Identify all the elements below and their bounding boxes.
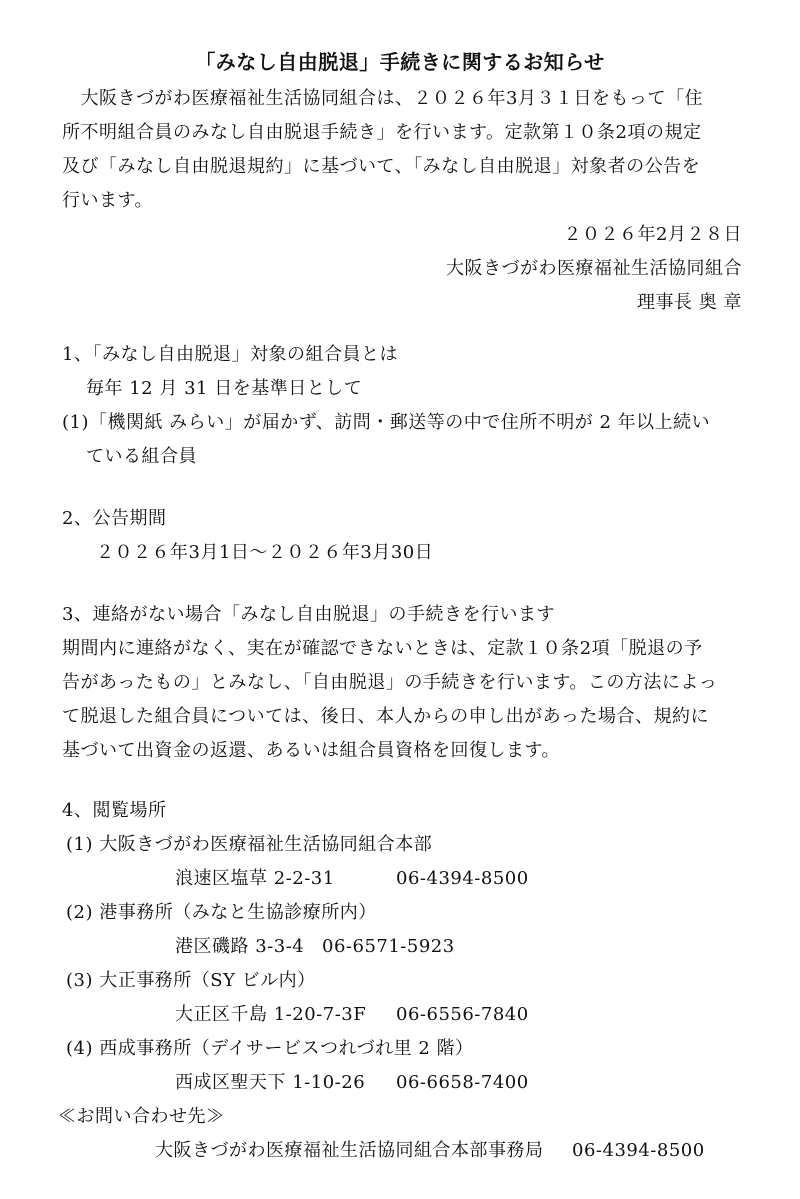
section-1-item-1: (1)「機関紙 みらい」が届かず、訪問・郵送等の中で住所不明が 2 年以上続い: [62, 411, 710, 435]
section-3-line: 期間内に連絡がなく、実在が確認できないときは、定款１０条2項「脱退の予: [62, 637, 703, 661]
contact-name: 大阪きづがわ医療福祉生活協同組合本部事務局: [155, 1139, 544, 1163]
intro-line: 大阪きづがわ医療福祉生活協同組合は、２０２６年3月３１日をもって「住: [62, 87, 703, 111]
contact-heading: ≪お問い合わせ先≫: [58, 1105, 225, 1129]
location-address: 港区磯路 3-3-4: [175, 935, 304, 959]
section-2-heading: 2、公告期間: [62, 507, 166, 531]
section-3-line: 基づいて出資金の返還、あるいは組合員資格を回復します。: [62, 739, 560, 763]
section-3-line: 告があったもの」とみなし、「自由脱退」の手続きを行います。この方法によっ: [62, 671, 717, 695]
signer-name: 理事長 奥 章: [637, 291, 742, 315]
contact-phone: 06-4394-8500: [572, 1139, 705, 1163]
notice-period: ２０２６年3月1日～２０２６年3月30日: [96, 541, 433, 565]
document-title: 「みなし自由脱退」手続きに関するお知らせ: [0, 50, 800, 74]
location-label: (1) 大阪きづがわ医療福祉生活協同組合本部: [66, 833, 432, 857]
location-phone: 06-6658-7400: [396, 1071, 529, 1095]
section-3-line: て脱退した組合員については、後日、本人からの申し出があった場合、規約に: [62, 705, 709, 729]
section-4-heading: 4、閲覧場所: [62, 799, 166, 823]
section-3-heading: 3、連絡がない場合「みなし自由脱退」の手続きを行います: [62, 603, 555, 627]
location-label: (2) 港事務所（みなと生協診療所内）: [66, 901, 377, 925]
issue-date: ２０２６年2月２８日: [564, 223, 742, 247]
section-1-heading: 1、「みなし自由脱退」対象の組合員とは: [62, 343, 398, 367]
location-phone: 06-4394-8500: [396, 867, 529, 891]
location-label: (4) 西成事務所（デイサービスつれづれ里 2 階）: [66, 1037, 474, 1061]
section-1-basis: 毎年 12 月 31 日を基準日として: [86, 377, 362, 401]
intro-line: 行います。: [62, 189, 153, 213]
location-address: 西成区聖天下 1-10-26: [175, 1071, 365, 1095]
organization-name: 大阪きづがわ医療福祉生活協同組合: [446, 257, 742, 281]
location-phone: 06-6571-5923: [322, 935, 455, 959]
section-1-item-1-cont: ている組合員: [86, 445, 197, 469]
location-phone: 06-6556-7840: [396, 1003, 529, 1027]
location-address: 浪速区塩草 2-2-31: [175, 867, 335, 891]
location-address: 大正区千島 1-20-7-3F: [175, 1003, 366, 1027]
intro-line: 所不明組合員のみなし自由脱退手続き」を行います。定款第１０条2項の規定: [62, 121, 702, 145]
intro-line: 及び「みなし自由脱退規約」に基づいて、「みなし自由脱退」対象者の公告を: [62, 155, 700, 179]
location-label: (3) 大正事務所（SY ビル内）: [66, 969, 316, 993]
